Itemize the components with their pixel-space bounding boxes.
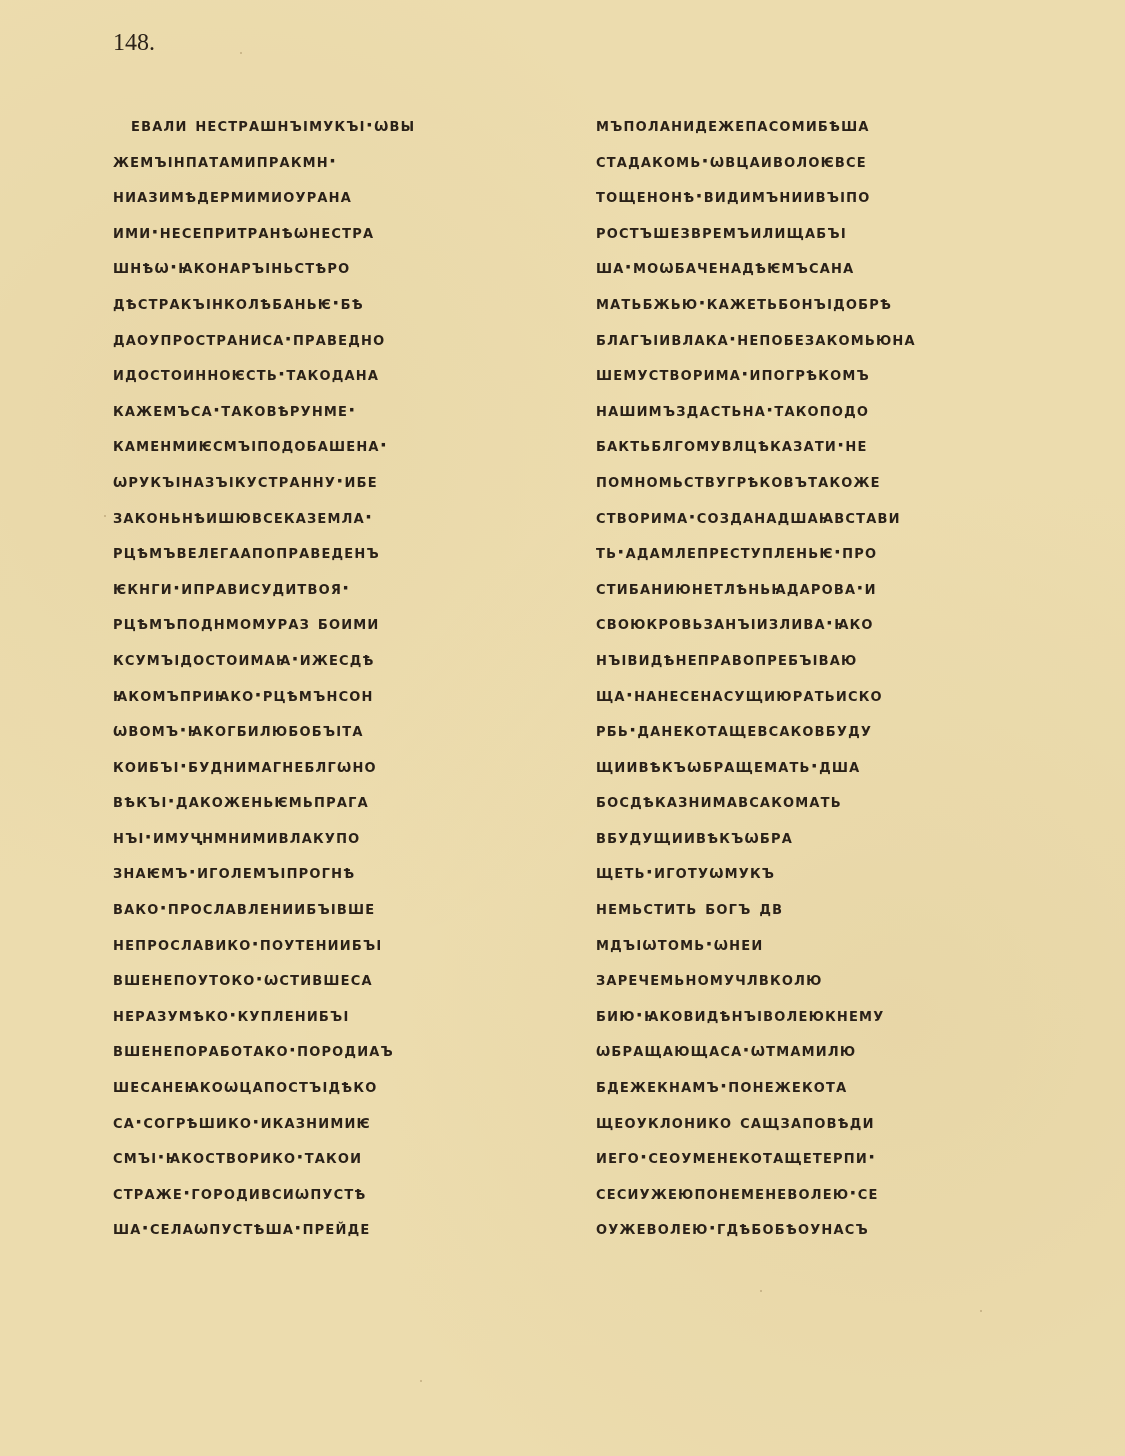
text-line: ша·моѡбаченадѣѥмъсана: [596, 250, 1056, 286]
text-line: мъполанидежепасомибѣша: [596, 108, 1056, 144]
page-number: 148.: [113, 30, 155, 57]
text-line: ша·селаѡпустѣша·прейде: [113, 1211, 568, 1247]
text-line: ѡвомъ·ꙗкогбилюбобъıта: [113, 713, 568, 749]
text-line: стадакомь·ѡвцаиволоѥвсе: [596, 144, 1056, 180]
paper-speckle: [104, 515, 106, 517]
text-line: щеоуклонико сащзаповѣди: [596, 1105, 1056, 1141]
text-line: щеть·иготуѡмукъ: [596, 855, 1056, 891]
text-line: законьнѣишювсеказемла·: [113, 500, 568, 536]
text-line: каменмиѥсмъıподобашена·: [113, 428, 568, 464]
text-line: непрославико·поутениибъı: [113, 927, 568, 963]
paper-speckle: [420, 1380, 422, 1382]
text-line: ростъшезвремъилищабъı: [596, 215, 1056, 251]
text-line: ѥкнги·иправисудитвоя·: [113, 571, 568, 607]
text-line: бактьблгомувлцѣказати·не: [596, 428, 1056, 464]
text-line: шемустворима·ипогрѣкомъ: [596, 357, 1056, 393]
text-line: благъıивлака·непобезакомьюна: [596, 322, 1056, 358]
text-line: смъı·ꙗкостворико·такои: [113, 1140, 568, 1176]
text-line: тощенонѣ·видимъниивъıпо: [596, 179, 1056, 215]
left-column: евали нестрашнъıмукъı·ѡвы жемъıнпатамипр…: [113, 108, 568, 1247]
manuscript-page: 148. евали нестрашнъıмукъı·ѡвы жемъıнпат…: [0, 0, 1125, 1456]
text-line: бдежекнамъ·понежекота: [596, 1069, 1056, 1105]
text-line: ѡбращающаса·ѡтмамилю: [596, 1033, 1056, 1069]
text-line: вѣкъı·дакоженьѥмьпрага: [113, 784, 568, 820]
text-line: помномьствугрѣковътакоже: [596, 464, 1056, 500]
text-line: заречемьномучлвколю: [596, 962, 1056, 998]
text-line: ксумъıдостоимаꙗ·ижесдѣ: [113, 642, 568, 678]
text-line: нъı·имуҷнмнимивлакупо: [113, 820, 568, 856]
text-line: ими·несепритранѣѡнестра: [113, 215, 568, 251]
text-line: вшенепоутоко·ѡстившеса: [113, 962, 568, 998]
text-line: немьстить богъ дв: [596, 891, 1056, 927]
text-line: коибъı·буднимагнеблгѡно: [113, 749, 568, 785]
text-line: даоупространиса·праведно: [113, 322, 568, 358]
text-line: са·согрѣшико·иказнимиѥ: [113, 1105, 568, 1141]
text-line: ща·нанесенасущиюратьиско: [596, 678, 1056, 714]
text-line: створима·созданадшаꙗвстави: [596, 500, 1056, 536]
text-line: жемъıнпатамипракмн·: [113, 144, 568, 180]
text-line: дѣстракъıнколѣбаньѥ·бѣ: [113, 286, 568, 322]
text-line: рцѣмъвелегаапоправеденъ: [113, 535, 568, 571]
text-line: знаѥмъ·иголемъıпрогнѣ: [113, 855, 568, 891]
text-line: сесиужеюпонеменеволею·се: [596, 1176, 1056, 1212]
text-line: кажемъса·таковѣрунме·: [113, 393, 568, 429]
paper-speckle: [760, 1290, 762, 1292]
text-line: нъıвидѣнеправопребъıваю: [596, 642, 1056, 678]
text-line: стибаниюнетлѣньꙗдарова·и: [596, 571, 1056, 607]
text-line: оужеволею·гдѣбобѣоунасъ: [596, 1211, 1056, 1247]
text-line: матьбжью·кажетьбонъıдобрѣ: [596, 286, 1056, 322]
text-line: шесанеꙗкоѡцапостъıдѣко: [113, 1069, 568, 1105]
text-line: страже·городивсиѡпустѣ: [113, 1176, 568, 1212]
text-line: неразумѣко·купленибъı: [113, 998, 568, 1034]
text-line: иего·сеоуменекотащетерпи·: [596, 1140, 1056, 1176]
text-line: ть·адамлепреступленьѥ·про: [596, 535, 1056, 571]
text-line: рбь·данекотащевсаковбуду: [596, 713, 1056, 749]
text-line: ꙗкомъприꙗко·рцѣмънсон: [113, 678, 568, 714]
text-line: щиивѣкъѡбращемать·дша: [596, 749, 1056, 785]
text-line: идостоинноѥсть·такодана: [113, 357, 568, 393]
text-line: мдъıѡтомь·ѡнеи: [596, 927, 1056, 963]
paper-speckle: [980, 1310, 982, 1312]
text-line: вако·прославлениибъıвше: [113, 891, 568, 927]
paper-speckle: [240, 52, 242, 54]
text-line: рцѣмъподнмомураз боими: [113, 606, 568, 642]
text-line: шнѣѡ·ꙗконаръıньстѣро: [113, 250, 568, 286]
text-line: вшенепоработако·породиаъ: [113, 1033, 568, 1069]
text-line: бию·ꙗковидѣнъıволеюкнему: [596, 998, 1056, 1034]
text-line: евали нестрашнъıмукъı·ѡвы: [113, 108, 568, 144]
text-line: вбудущиивѣкъѡбра: [596, 820, 1056, 856]
right-column: мъполанидежепасомибѣша стадакомь·ѡвцаиво…: [596, 108, 1056, 1247]
text-line: ниазимѣдермимиоурана: [113, 179, 568, 215]
text-line: босдѣказнимавсакомать: [596, 784, 1056, 820]
text-line: ѡрукъıназъıкустранну·ибе: [113, 464, 568, 500]
text-line: своюкровьзанъıизлива·ꙗко: [596, 606, 1056, 642]
text-line: нашимъздастьна·такоподо: [596, 393, 1056, 429]
